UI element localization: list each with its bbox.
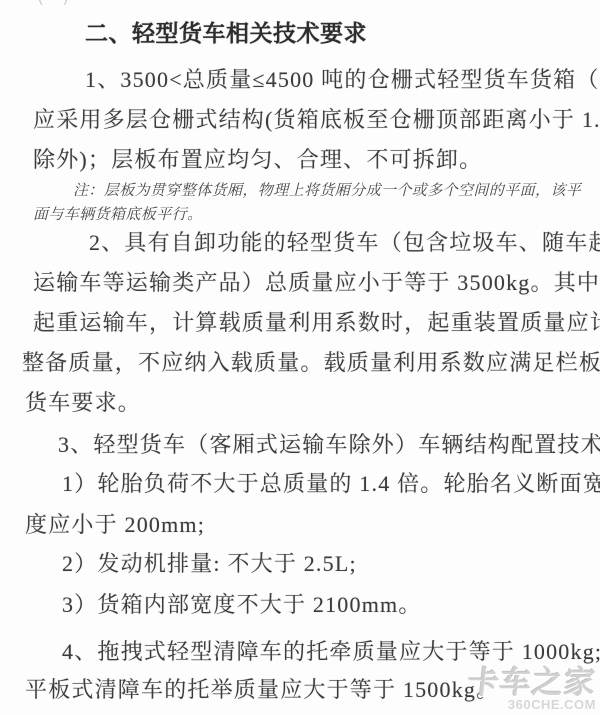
cutoff-text: （ ） <box>28 0 98 5</box>
note-line: 面与车辆货箱底板平行。 <box>33 205 202 225</box>
watermark-site-url: 360CHE.COM <box>468 698 596 712</box>
text-line: 3、轻型货车（客厢式运输车除外）车辆结构配置技术要求: <box>58 431 600 459</box>
watermark-brand-logo: 卡车之家 <box>467 669 598 697</box>
text-line: 整备质量，不应纳入载质量。载质量利用系数应满足栏板式 <box>22 349 600 377</box>
cutoff-text-fragment: （ ） <box>28 0 98 5</box>
text-line: 1、3500<总质量≤4500 吨的仓栅式轻型货车货箱（厢） <box>85 66 600 94</box>
text-line: 1）轮胎负荷不大于总质量的 1.4 倍。轮胎名义断面宽 <box>62 470 600 498</box>
document-page: （ ） 二、轻型货车相关技术要求 1、3500<总质量≤4500 吨的仓栅式轻型… <box>0 0 600 715</box>
note-line: 注：层板为贯穿整体货厢，物理上将货厢分成一个或多个空间的平面，该平 <box>73 181 581 201</box>
watermark: 卡车之家 360CHE.COM <box>468 669 596 712</box>
text-line: 应采用多层仓栅式结构(货箱底板至仓栅顶部距离小于 1.5m <box>33 106 600 134</box>
text-line: 2、具有自卸功能的轻型货车（包含垃圾车、随车起重 <box>89 229 600 257</box>
text-line: 4、拖拽式轻型清障车的托牵质量应大于等于 1000kg; <box>62 638 600 666</box>
text-line: 起重运输车，计算载质量利用系数时，起重装置质量应计入 <box>33 309 600 337</box>
text-line: 平板式清障车的托举质量应大于等于 1500kg。 <box>25 676 499 704</box>
text-line: 运输车等运输类产品）总质量应小于等于 3500kg。其中随车 <box>33 269 600 297</box>
text-line: 3）货箱内部宽度不大于 2100mm。 <box>62 591 422 619</box>
section-heading: 二、轻型货车相关技术要求 <box>85 20 367 48</box>
text-line: 2）发动机排量: 不大于 2.5L; <box>62 550 357 578</box>
text-line: 货车要求。 <box>25 389 141 417</box>
text-line: 度应小于 200mm; <box>25 511 205 539</box>
text-line: 除外)；层板布置应均匀、合理、不可拆卸。 <box>33 146 482 174</box>
